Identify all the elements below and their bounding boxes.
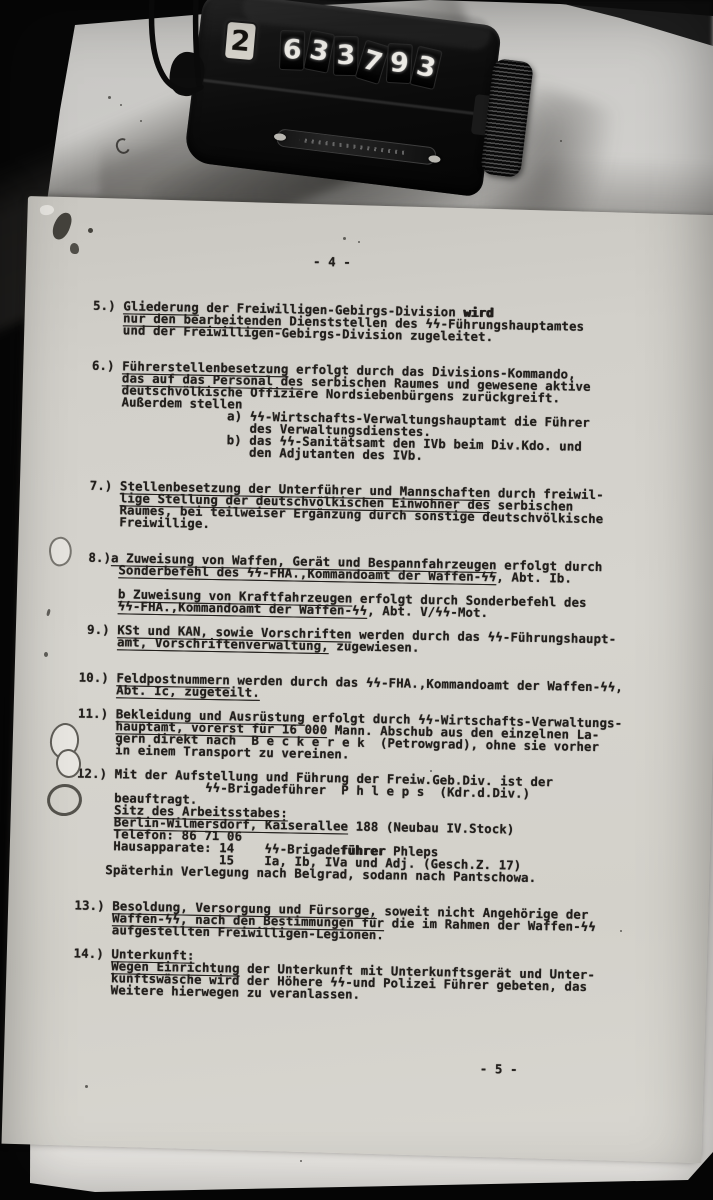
counter-digit: 3 bbox=[333, 36, 359, 76]
dust-speck bbox=[560, 140, 562, 142]
dust-speck bbox=[85, 1085, 88, 1088]
ink-stain bbox=[70, 243, 79, 254]
dust-speck bbox=[343, 237, 346, 240]
carrying-cord bbox=[60, 0, 320, 108]
dust-speck bbox=[620, 930, 622, 932]
counter-digit: 9 bbox=[386, 43, 413, 84]
typewritten-text: - 4 - 5.) Gliederung der Freiwilligen-Ge… bbox=[72, 252, 631, 1078]
archival-photo: - 4 - 5.) Gliederung der Freiwilligen-Ge… bbox=[0, 0, 713, 1200]
counter-digit: 7 bbox=[355, 39, 391, 85]
dust-speck bbox=[358, 241, 360, 243]
dust-speck bbox=[300, 1160, 302, 1162]
ink-stain bbox=[88, 228, 93, 233]
dust-speck bbox=[430, 770, 432, 772]
margin-tick bbox=[44, 652, 48, 657]
counter-digit: 3 bbox=[409, 46, 442, 91]
document-page: - 4 - 5.) Gliederung der Freiwilligen-Ge… bbox=[2, 196, 713, 1163]
dust-speck bbox=[140, 120, 142, 122]
